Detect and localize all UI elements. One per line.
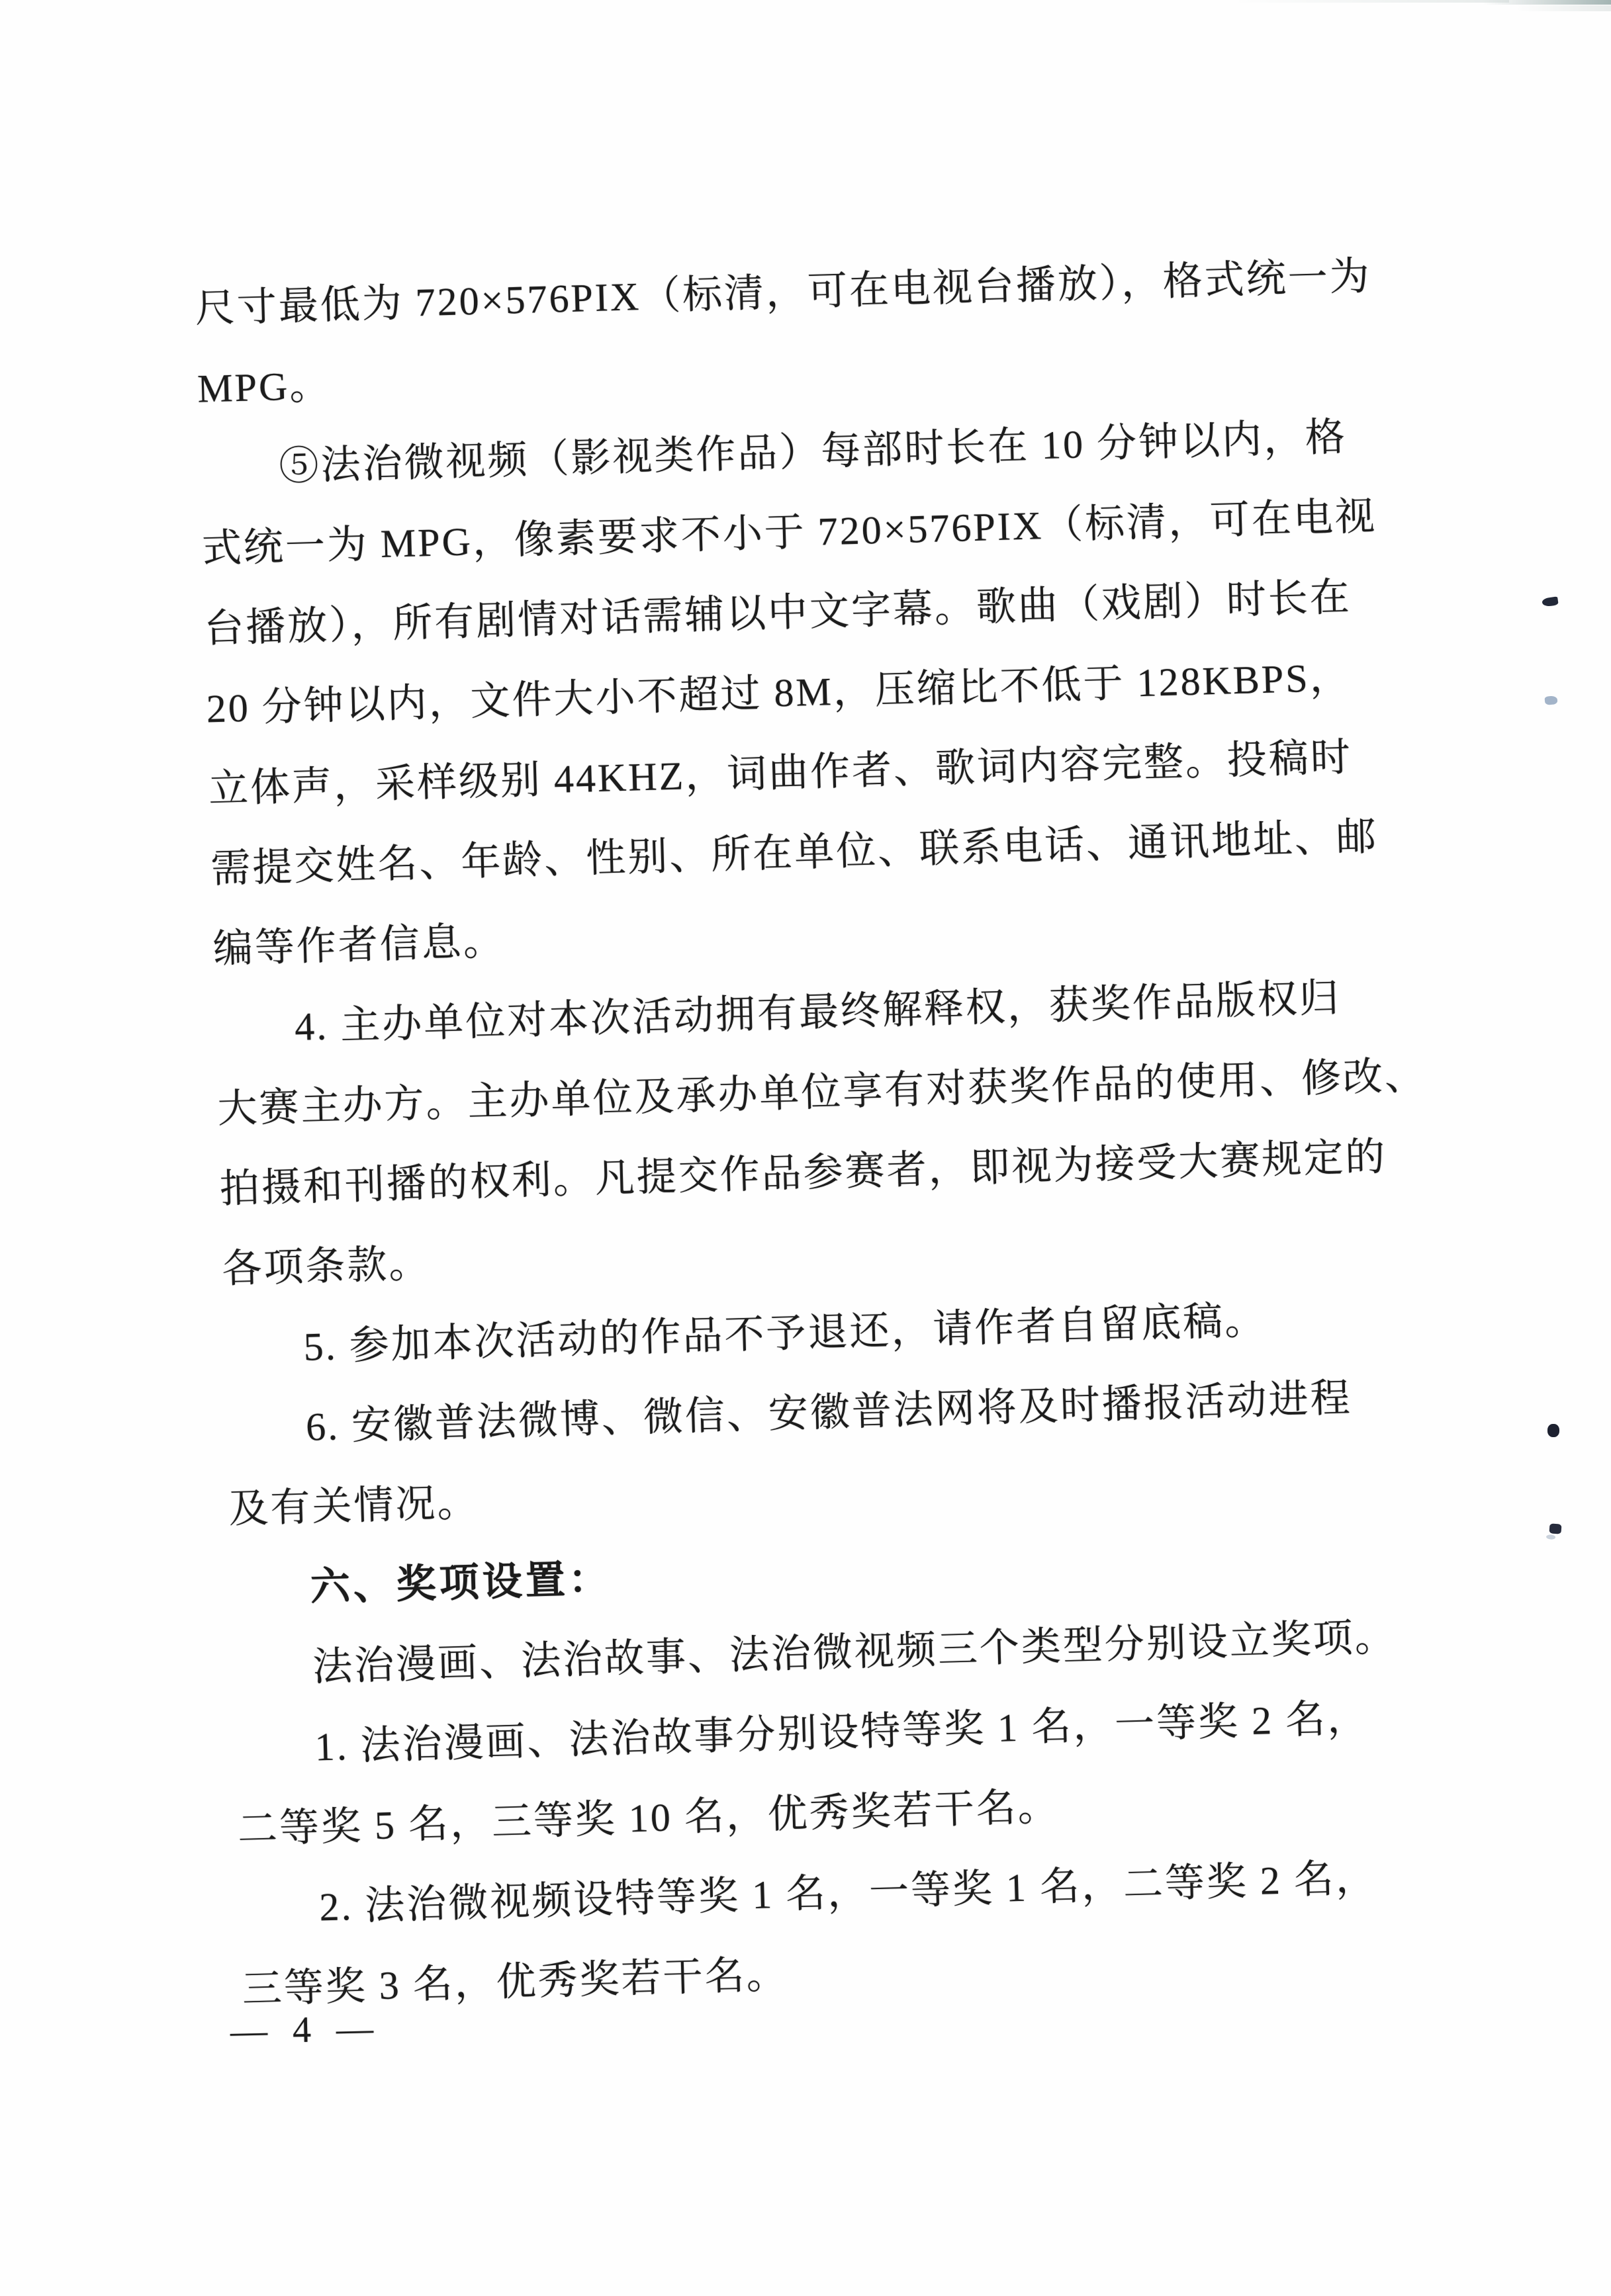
- document-body-text: 尺寸最低为 720×576PIX（标清，可在电视台播放），格式统一为MPG。⑤法…: [194, 234, 1487, 2029]
- scan-edge-artifact: [1516, 5, 1611, 11]
- page-number: — 4 —: [230, 2009, 381, 2052]
- ink-speck: [1542, 596, 1559, 607]
- scan-edge-artifact: [1483, 0, 1611, 5]
- scan-edge-artifact: [1231, 0, 1509, 3]
- ink-speck: [1544, 695, 1557, 705]
- ink-speck: [1549, 1523, 1561, 1534]
- ink-speck: [1547, 1424, 1559, 1437]
- scanned-document-page: 尺寸最低为 720×576PIX（标清，可在电视台播放），格式统一为MPG。⑤法…: [0, 0, 1611, 2296]
